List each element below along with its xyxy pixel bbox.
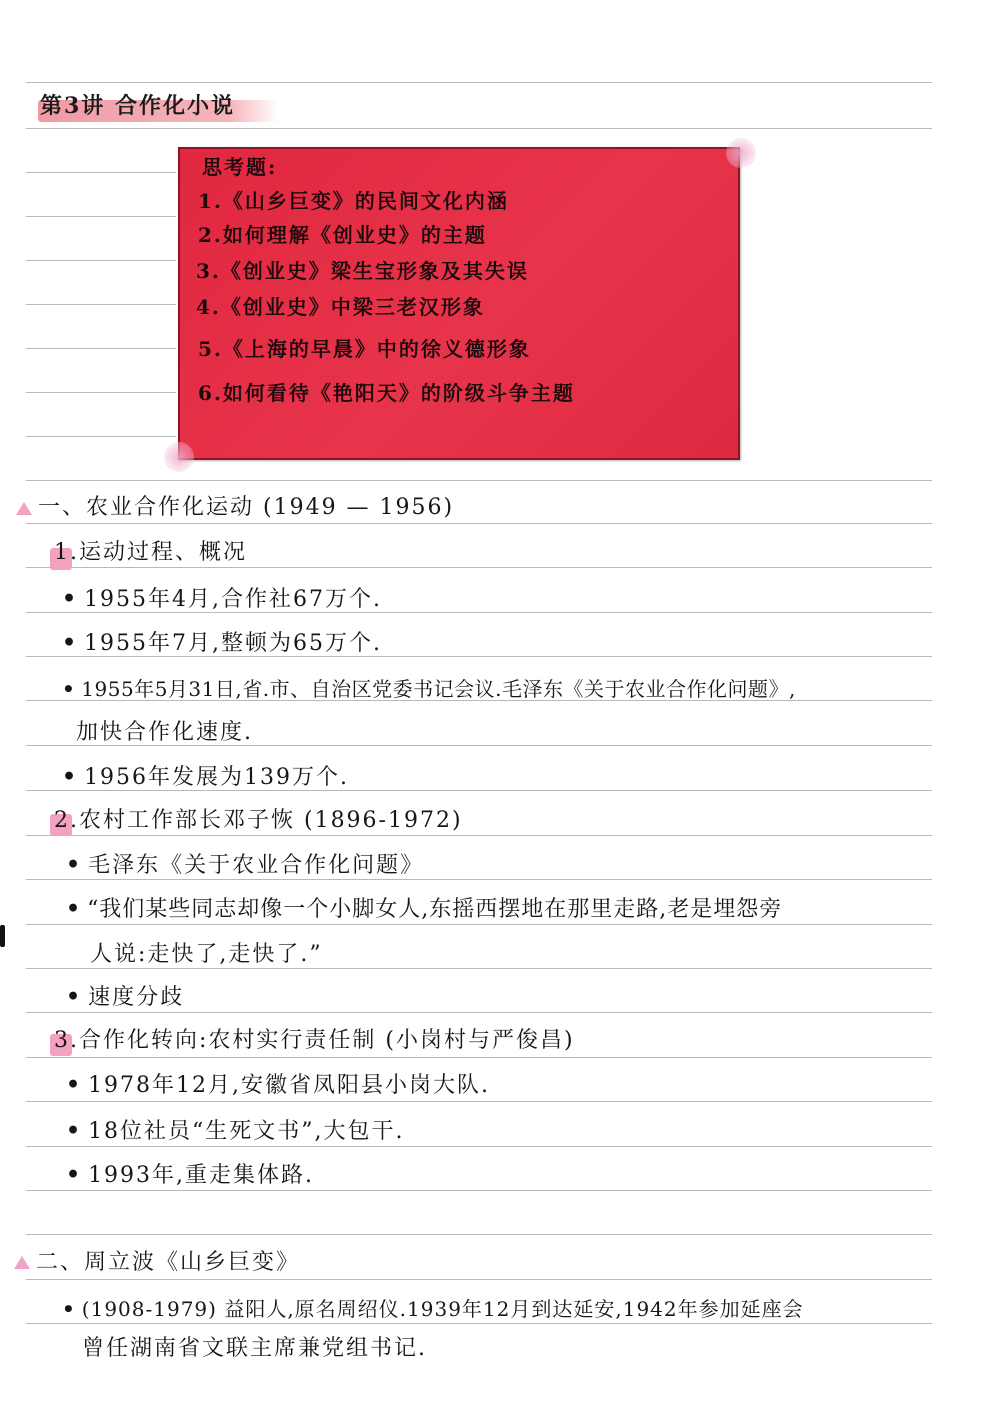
rule-line (26, 128, 932, 129)
bullet-item: •“我们某些同志却像一个小脚女人,东摇西摆地在那里走路,老是埋怨旁 (66, 894, 782, 925)
bullet-text: “我们某些同志却像一个小脚女人,东摇西摆地在那里走路,老是埋怨旁 (87, 897, 782, 922)
bullet-item: •18位社员“生死文书”,大包干. (66, 1116, 405, 1147)
bullet-dot: • (62, 586, 78, 612)
pin-bottom-left-icon (164, 442, 194, 472)
rule-line (26, 172, 176, 173)
rule-line (26, 216, 176, 217)
bullet-continuation: 曾任湖南省文联主席兼党组书记. (82, 1334, 427, 1364)
card-question: 2.如何理解《创业史》的主题 (198, 221, 487, 249)
bullet-dot: • (66, 984, 82, 1010)
rule-line (26, 82, 932, 83)
bullet-text: 速度分歧 (88, 985, 184, 1010)
pin-top-right-icon (726, 138, 756, 168)
section-heading: 二、周立波《山乡巨变》 (36, 1248, 300, 1278)
rule-line (26, 436, 176, 437)
bullet-text: 1955年4月,合作社67万个. (84, 587, 382, 612)
rule-line (26, 260, 176, 261)
rule-line (26, 1101, 932, 1102)
question-card: 思考题: 1.《山乡巨变》的民间文化内涵 2.如何理解《创业史》的主题 3.《创… (178, 147, 740, 460)
bullet-text: 毛泽东《关于农业合作化问题》 (88, 853, 424, 878)
rule-line (26, 348, 176, 349)
bullet-item: •1955年4月,合作社67万个. (62, 584, 382, 615)
bullet-text: 18位社员“生死文书”,大包干. (88, 1119, 404, 1144)
bullet-dot: • (62, 1297, 76, 1321)
bullet-dot: • (66, 1072, 82, 1098)
triangle-marker-icon (14, 1256, 30, 1269)
bullet-item: •毛泽东《关于农业合作化问题》 (66, 850, 424, 881)
bullet-text: 1955年7月,整顿为65万个. (84, 631, 382, 656)
page-edge-mark (0, 925, 5, 947)
rule-line (26, 392, 176, 393)
subsection-heading: 2.农村工作部长邓子恢 (1896-1972) (54, 806, 463, 836)
bullet-item: •1978年12月,安徽省凤阳县小岗大队. (66, 1070, 490, 1101)
card-question: 6.如何看待《艳阳天》的阶级斗争主题 (198, 379, 575, 407)
card-question: 1.《山乡巨变》的民间文化内涵 (198, 187, 509, 215)
bullet-dot: • (66, 852, 82, 878)
bullet-item: •1956年发展为139万个. (62, 762, 349, 793)
bullet-text: 1955年5月31日,省.市、自治区党委书记会议.毛泽东《关于农业合作化问题》, (81, 677, 796, 701)
bullet-text: 1978年12月,安徽省凤阳县小岗大队. (88, 1073, 490, 1098)
section-heading: 一、农业合作化运动 (1949 — 1956) (38, 493, 454, 523)
bullet-continuation: 加快合作化速度. (76, 718, 253, 748)
card-question: 5.《上海的早晨》中的徐义德形象 (198, 335, 531, 363)
bullet-dot: • (66, 1162, 82, 1188)
page-title: 第3讲 合作化小说 (40, 92, 235, 120)
card-heading: 思考题: (202, 153, 277, 181)
card-question: 3.《创业史》梁生宝形象及其失误 (196, 257, 529, 285)
rule-line (26, 1279, 932, 1280)
bullet-item: •(1908-1979) 益阳人,原名周绍仪.1939年12月到达延安,1942… (62, 1294, 804, 1324)
bullet-dot: • (62, 677, 75, 701)
card-question: 4.《创业史》中梁三老汉形象 (196, 293, 485, 321)
rule-line (26, 523, 932, 524)
bullet-item: •1955年7月,整顿为65万个. (62, 628, 382, 659)
bullet-item: •1955年5月31日,省.市、自治区党委书记会议.毛泽东《关于农业合作化问题》… (62, 674, 796, 704)
bullet-dot: • (66, 1118, 82, 1144)
rule-line (26, 304, 176, 305)
rule-line (26, 480, 932, 481)
bullet-text: 1956年发展为139万个. (84, 765, 349, 790)
bullet-text: 1993年,重走集体路. (88, 1163, 314, 1188)
rule-line (26, 1234, 932, 1235)
bullet-continuation: 人说:走快了,走快了.” (90, 940, 323, 970)
subsection-heading: 1.运动过程、概况 (54, 538, 247, 568)
triangle-marker-icon (16, 502, 32, 515)
bullet-item: •速度分歧 (66, 982, 184, 1013)
bullet-dot: • (62, 630, 78, 656)
bullet-dot: • (62, 764, 78, 790)
bullet-text: (1908-1979) 益阳人,原名周绍仪.1939年12月到达延安,1942年… (82, 1297, 804, 1321)
bullet-item: •1993年,重走集体路. (66, 1160, 314, 1191)
subsection-heading: 3.合作化转向:农村实行责任制 (小岗村与严俊昌) (54, 1026, 575, 1056)
rule-line (26, 1057, 932, 1058)
bullet-dot: • (66, 896, 81, 922)
